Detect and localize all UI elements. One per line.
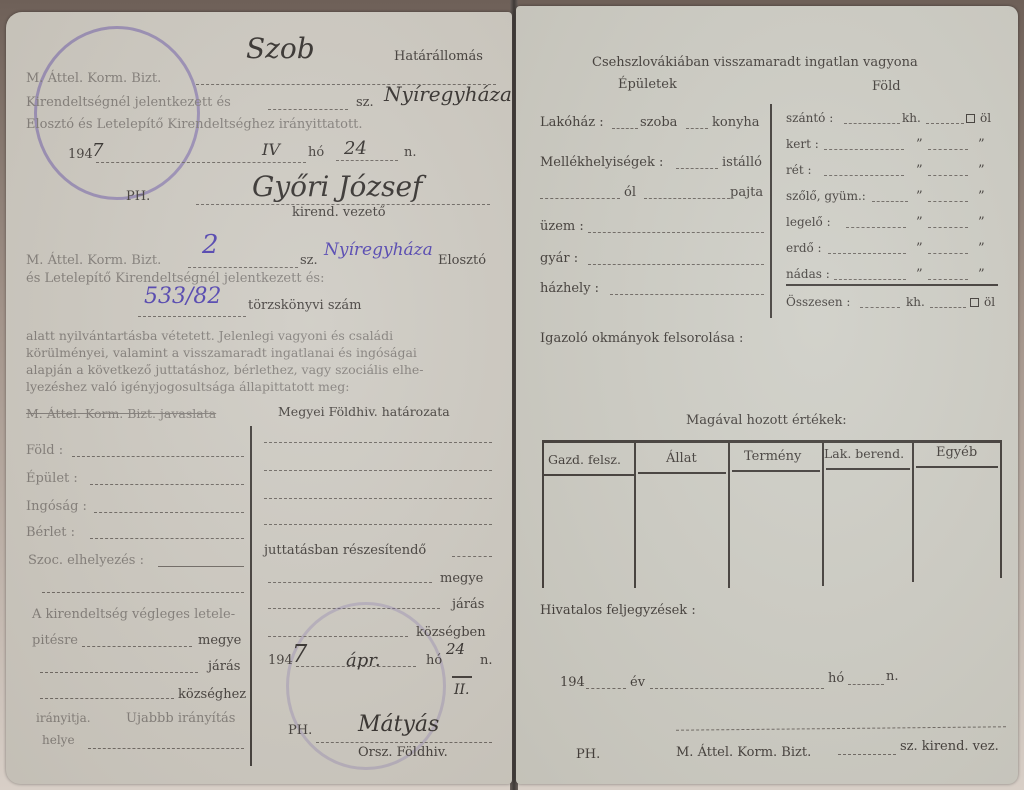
right-page: Csehszlovákiában visszamaradt ingatlan v… [516, 6, 1018, 784]
header-rule [732, 470, 820, 472]
jaras-label: járás [452, 598, 484, 611]
year-input[interactable] [586, 688, 626, 689]
fill-line[interactable] [588, 264, 764, 265]
month-label: hó [426, 654, 442, 667]
field-input-fold[interactable] [72, 456, 244, 457]
signature-line[interactable] [316, 742, 492, 743]
signature-line[interactable] [676, 726, 1006, 730]
ol-label: ól [624, 186, 636, 199]
role-label: sz. kirend. vez. [900, 740, 999, 753]
land-unit: ” [916, 138, 923, 151]
fill-line[interactable] [264, 524, 492, 525]
sz-label: sz. [300, 254, 318, 267]
header-rule [638, 472, 726, 474]
table-col-line [634, 442, 636, 588]
land-input[interactable] [824, 175, 904, 176]
fill-line[interactable] [40, 672, 198, 673]
fill-line[interactable] [40, 698, 174, 699]
land-input[interactable] [928, 201, 968, 202]
fill-line[interactable] [540, 198, 620, 199]
fill-line[interactable] [268, 109, 348, 110]
land-unit: ” [978, 242, 985, 255]
land-unit: ” [916, 242, 923, 255]
table-col-line [822, 442, 824, 586]
land-label-kert: kert : [786, 138, 819, 150]
handwritten-destination: Nyíregyháza [384, 82, 512, 106]
handwritten-year: 7 [292, 640, 307, 668]
land-label-legelo: legelő : [786, 216, 831, 228]
column-header: Lak. berend. [824, 448, 904, 461]
page-title: Csehszlovákiában visszamaradt ingatlan v… [592, 56, 918, 69]
table-col-line [1000, 440, 1002, 578]
left-page: MAGYAR ÁTTELEPÍTÉSI KORMÁNYBIZTOS HIVATA… [6, 12, 512, 784]
official-stamp [34, 26, 200, 200]
land-unit: ” [916, 216, 923, 229]
handwritten-day: 24 [446, 640, 465, 658]
handwritten-day: 24 [344, 138, 367, 159]
handwritten-register-number: 533/82 [144, 284, 221, 309]
land-unit: ” [978, 164, 985, 177]
land-input[interactable] [928, 279, 968, 280]
signature-role: kirend. vezető [292, 206, 386, 219]
land-input[interactable] [828, 253, 906, 254]
fill-line[interactable] [336, 160, 398, 161]
fill-line[interactable] [188, 267, 298, 268]
right-column-heading: Megyei Földhiv. határozata [278, 406, 450, 419]
total-input[interactable] [860, 307, 900, 308]
uzem-label: üzem : [540, 220, 584, 233]
section2-line1: M. Áttel. Korm. Bizt. [26, 254, 161, 267]
final-text-1: A kirendeltség végleges letele- [32, 608, 235, 621]
total-unit: kh. [906, 296, 925, 308]
land-label-nadas: nádas : [786, 268, 830, 280]
field-input-ingosag[interactable] [94, 512, 244, 513]
fill-line[interactable] [138, 316, 246, 317]
land-input[interactable] [834, 279, 906, 280]
land-unit: ” [978, 216, 985, 229]
day-suffix: n. [480, 654, 493, 667]
field-input-epulet[interactable] [90, 484, 244, 485]
office-number-input[interactable] [838, 754, 896, 755]
handwritten-month: ápr. [346, 650, 381, 671]
header-line3: Elosztó és Letelepítő Kirendeltséghez ir… [26, 118, 363, 131]
year-prefix: 194 [560, 676, 585, 689]
day-suffix: n. [404, 146, 417, 159]
handwritten-bar [452, 676, 472, 678]
total-unit: öl [984, 296, 995, 308]
istallo-label: istálló [722, 156, 762, 169]
fill-line[interactable] [452, 556, 492, 557]
fill-line[interactable] [268, 582, 432, 583]
header-rule [544, 474, 634, 476]
fill-line[interactable] [610, 294, 764, 295]
land-input[interactable] [928, 149, 968, 150]
fill-line[interactable] [96, 162, 306, 163]
land-input[interactable] [844, 123, 900, 124]
month-label: hó [308, 146, 324, 159]
megye-label: megye [440, 572, 483, 585]
field-label-fold: Föld : [26, 444, 63, 457]
total-rule [786, 284, 998, 286]
konyha-label: konyha [712, 116, 760, 129]
kozsegben-label: községben [416, 626, 486, 639]
column-divider [250, 426, 252, 766]
mellek-label: Mellékhelyiségek : [540, 156, 663, 169]
land-input[interactable] [928, 253, 968, 254]
year-prefix: 194 [68, 148, 93, 161]
land-unit: öl [980, 112, 991, 124]
valuables-heading: Magával hozott értékek: [686, 414, 847, 427]
ph-label: PH. [126, 190, 150, 203]
land-unit: kh. [902, 112, 921, 124]
table-col-line [542, 442, 544, 588]
field-input-szoc[interactable] [158, 566, 244, 567]
land-unit: ” [916, 164, 923, 177]
paragraph-line: alapján a következő juttatáshoz, bérleth… [26, 364, 424, 377]
ho-label: hó [828, 672, 844, 685]
sz-label: sz. [356, 96, 374, 109]
handwritten-year: 7 [92, 140, 103, 161]
land-input[interactable] [928, 227, 968, 228]
header-line2: Kirendeltségnél jelentkezett és [26, 96, 231, 109]
column-header: Termény [744, 450, 801, 463]
column-header: Állat [666, 452, 697, 465]
paragraph-line: alatt nyilvántartásba vétetett. Jelenleg… [26, 330, 393, 343]
ph-label: PH. [576, 748, 600, 761]
total-input[interactable] [930, 307, 966, 308]
table-col-line [912, 442, 914, 582]
handwritten-month: IV [262, 140, 280, 159]
fill-line[interactable] [268, 636, 408, 637]
field-label-ingosag: Ingóság : [26, 500, 87, 513]
fill-line[interactable] [42, 592, 244, 593]
field-label-epulet: Épület : [26, 472, 78, 485]
fill-line[interactable] [88, 748, 244, 749]
megye-label: megye [198, 634, 241, 647]
land-label-szanto: szántó : [786, 112, 833, 124]
pajta-label: pajta [730, 186, 763, 199]
field-label-berlet: Bérlet : [26, 526, 75, 539]
handwritten-mark: II. [454, 682, 470, 698]
fill-line[interactable] [644, 198, 730, 199]
month-input[interactable] [650, 688, 824, 689]
handwritten-office-number: 2 [202, 230, 219, 260]
day-input[interactable] [848, 684, 884, 685]
square-icon [970, 298, 979, 307]
helye-label: helye [42, 734, 75, 746]
land-input[interactable] [846, 227, 906, 228]
paragraph-line: lyezéshez való igényjogosultsága állapit… [26, 381, 350, 394]
border-station-label: Határállomás [394, 50, 483, 63]
fill-line[interactable] [264, 470, 492, 471]
hazhely-label: házhely : [540, 282, 599, 295]
land-input[interactable] [824, 149, 904, 150]
kozseghez-label: községhez [178, 688, 246, 701]
lakohaz-label: Lakóház : [540, 116, 604, 129]
distributor-label: Elosztó [438, 254, 486, 267]
left-column-heading: M. Áttel. Korm. Bizt. javaslata [26, 408, 216, 421]
land-input[interactable] [926, 123, 964, 124]
fill-line[interactable] [676, 168, 718, 169]
fill-line[interactable] [686, 128, 708, 129]
header-line1: M. Áttel. Korm. Bizt. [26, 72, 161, 85]
gyar-label: gyár : [540, 252, 578, 265]
header-rule [916, 466, 998, 468]
n-label: n. [886, 670, 899, 683]
land-input[interactable] [872, 201, 908, 202]
signer-label: M. Áttel. Korm. Bizt. [676, 746, 811, 759]
register-label: törzskönyvi szám [248, 299, 361, 312]
documents-label: Igazoló okmányok felsorolása : [540, 332, 743, 345]
column-header: Egyéb [936, 446, 977, 459]
table-top-rule [542, 440, 1002, 443]
fill-line[interactable] [82, 646, 192, 647]
handwritten-place: Nyíregyháza [324, 240, 433, 260]
ujabbb-label: Ujabbb irányítás [126, 712, 235, 725]
column-header: Gazd. felsz. [548, 454, 621, 467]
land-unit: ” [978, 190, 985, 203]
handwritten-signature: Mátyás [358, 712, 439, 737]
jaras-label: járás [208, 660, 240, 673]
handwritten-signature: Győri József [252, 170, 422, 203]
land-unit: ” [916, 268, 923, 281]
szoba-label: szoba [640, 116, 677, 129]
fill-line[interactable] [612, 128, 638, 129]
handwritten-border-station: Szob [246, 32, 315, 65]
section-divider [770, 104, 772, 318]
fill-line[interactable] [264, 442, 492, 443]
table-col-line [728, 442, 730, 588]
land-label-erdo: erdő : [786, 242, 822, 254]
land-label-szolo: szőlő, gyüm.: [786, 190, 866, 202]
field-input-berlet[interactable] [90, 538, 244, 539]
header-rule [826, 468, 910, 470]
land-unit: ” [978, 138, 985, 151]
square-icon [966, 114, 975, 123]
field-label-szoc: Szoc. elhelyezés : [28, 554, 144, 567]
iranyitja-label: irányitja. [36, 712, 91, 724]
juttatasban-label: juttatásban részesítendő [264, 544, 426, 557]
buildings-heading: Épületek [618, 78, 677, 91]
paragraph-line: körülményei, valamint a visszamaradt ing… [26, 347, 417, 360]
signature-role: Orsz. Földhiv. [358, 746, 448, 759]
final-text-2: pitésre [32, 634, 78, 647]
fill-line[interactable] [264, 498, 492, 499]
notes-label: Hivatalos feljegyzések : [540, 604, 696, 617]
ph-label: PH. [288, 724, 312, 737]
year-prefix: 194 [268, 654, 293, 667]
land-unit: ” [978, 268, 985, 281]
ev-label: év [630, 676, 645, 689]
land-unit: ” [916, 190, 923, 203]
land-input[interactable] [928, 175, 968, 176]
fill-line[interactable] [588, 232, 764, 233]
land-heading: Föld [872, 80, 901, 93]
land-label-ret: rét : [786, 164, 812, 176]
total-label: Összesen : [786, 296, 850, 308]
